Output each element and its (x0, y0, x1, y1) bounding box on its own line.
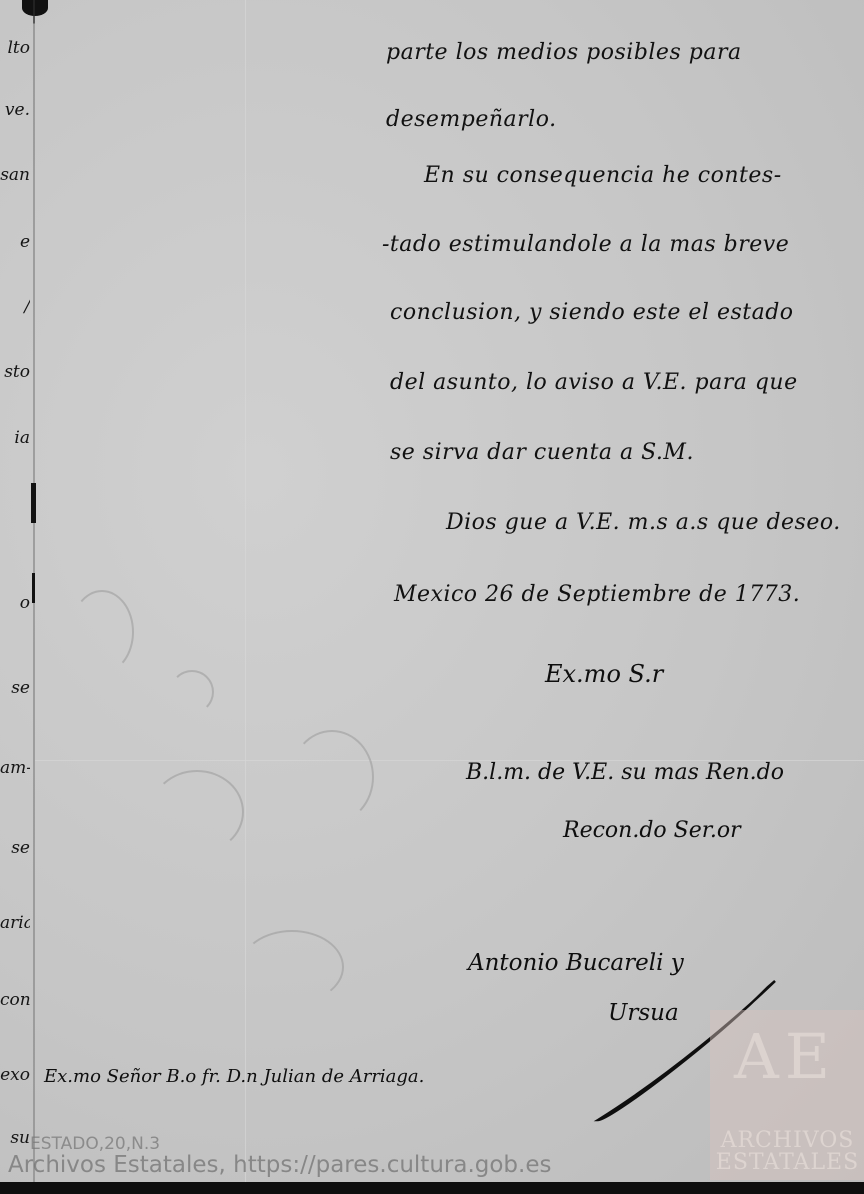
margin-fragment: o (0, 593, 30, 613)
date-line: Mexico 26 de Septiembre de 1773. (394, 582, 800, 607)
bleed-through-stroke (240, 930, 344, 1004)
archive-logo-letters: AE (720, 1020, 850, 1093)
closing-line: B.l.m. de V.E. su mas Ren.do (466, 760, 784, 785)
margin-fragment: e (0, 232, 30, 252)
ink-blot (22, 0, 48, 16)
body-line: En su consequencia he contes- (424, 163, 782, 188)
margin-fragment: con (0, 990, 30, 1010)
salutation: Ex.mo S.r (545, 660, 663, 688)
margin-fragment: / (0, 297, 30, 317)
bleed-through-stroke (170, 670, 214, 714)
margin-fragment: lto (0, 38, 30, 58)
bleed-through-stroke (70, 590, 134, 674)
center-fold-line (245, 0, 246, 1182)
margin-fragment: aria (0, 913, 30, 933)
body-line: -tado estimulandole a la mas breve (382, 232, 789, 257)
body-line: parte los medios posibles para (386, 40, 742, 65)
archive-reference-watermark: ESTADO,20,N.3 (30, 1134, 160, 1154)
margin-fragment: exo (0, 1065, 30, 1085)
margin-fragment: se (0, 838, 30, 858)
manuscript-page: lto ve. san e / sto ia o se am- se aria … (0, 0, 864, 1182)
addressee: Ex.mo Señor B.o fr. D.n Julian de Arriag… (44, 1066, 424, 1087)
body-line: se sirva dar cuenta a S.M. (390, 440, 694, 465)
archive-logo-text: ESTATALES (715, 1150, 860, 1175)
bleed-through-stroke (150, 770, 244, 854)
body-line: del asunto, lo aviso a V.E. para que (390, 370, 798, 395)
margin-fragment: am- (0, 758, 30, 778)
margin-fragment: san (0, 165, 30, 185)
body-line: conclusion, y siendo este el estado (390, 300, 794, 325)
margin-fragment: ve. (0, 100, 30, 120)
archive-credit-watermark: Archivos Estatales, https://pares.cultur… (8, 1152, 551, 1178)
body-line: desempeñarlo. (386, 107, 557, 132)
margin-fragment: sto (0, 362, 30, 382)
closing-line: Recon.do Ser.or (563, 818, 741, 843)
margin-fragment: su (0, 1128, 30, 1148)
scan-bottom-edge (0, 1182, 864, 1194)
ink-mark (31, 483, 36, 523)
margin-fragment: se (0, 678, 30, 698)
body-line: Dios gue a V.E. m.s a.s que deseo. (446, 510, 841, 535)
ink-mark (32, 573, 35, 603)
signature-name: Antonio Bucareli y (468, 950, 684, 976)
bleed-through-stroke (290, 730, 374, 824)
margin-fragment: ia (0, 428, 30, 448)
